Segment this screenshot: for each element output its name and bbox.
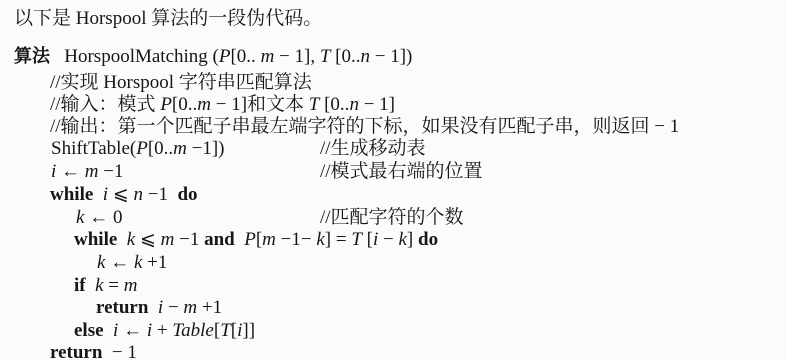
code-segment-italic: m (124, 275, 138, 296)
code-segment-plain: [0.. (148, 138, 173, 159)
code-segment-italic: k (398, 229, 406, 250)
code-segment-plain: − 1]) (370, 46, 412, 67)
code-segment-plain: [0.. (319, 94, 349, 115)
code-segment-plain: ]] (242, 320, 255, 341)
textbook-page: 以下是 Horspool 算法的一段伪代码。 算法 HorspoolMatchi… (0, 0, 786, 360)
code-segment-plain: ⩽ (135, 229, 160, 250)
code-segment-plain: [0.. (172, 94, 197, 115)
code-line: k ← k +1 (97, 252, 167, 274)
code-segment-plain: −1 (143, 184, 177, 205)
code-segment-italic: m (161, 229, 175, 250)
code-segment-italic: m (173, 138, 187, 159)
code-segment-plain: = (104, 275, 124, 296)
code-segment-italic: n (349, 94, 359, 115)
code-segment-plain: ⩽ (108, 184, 133, 205)
code-segment-bold: do (418, 229, 438, 250)
code-segment-italic: T (309, 94, 320, 115)
code-line: return i − m +1 (96, 297, 222, 319)
code-segment-plain: −1 (99, 161, 124, 182)
code-segment-italic: k (95, 275, 103, 296)
code-segment-plain: − 1 (102, 342, 136, 360)
code-segment-plain: [0.. (330, 46, 360, 67)
code-segment-italic: P (244, 229, 256, 250)
code-segment-plain (235, 229, 245, 250)
code-segment-bold: while (74, 229, 117, 250)
code-segment-plain: − (378, 229, 398, 250)
code-segment-plain: ShiftTable( (51, 138, 136, 159)
code-line: if k = m (74, 275, 138, 297)
code-line: //输入：模式 P[0..m − 1]和文本 T [0..n − 1] (50, 94, 395, 116)
code-segment-bold: do (177, 184, 197, 205)
code-segment-italic: m (183, 297, 197, 318)
code-segment-italic: T (320, 46, 331, 67)
code-segment-italic: n (361, 46, 371, 67)
code-segment-plain: //输入：模式 (50, 94, 160, 115)
code-line: while k ⩽ m −1 and P[m −1− k] = T [i − k… (74, 229, 438, 251)
code-segment-bold: while (50, 184, 93, 205)
code-segment-plain: + (152, 320, 172, 341)
code-segment-italic: P (136, 138, 148, 159)
code-segment-plain (86, 275, 96, 296)
code-line: return − 1 (50, 342, 137, 360)
code-segment-italic: P (219, 46, 231, 67)
code-line: k ← 0 (76, 207, 122, 229)
code-segment-plain (104, 320, 114, 341)
code-segment-plain: //输出：第一个匹配子串最左端字符的下标，如果没有匹配子串，则返回 − 1 (50, 116, 679, 137)
code-segment-plain: ← (118, 320, 147, 341)
code-segment-plain: ← 0 (84, 207, 122, 228)
code-segment-plain: //实现 Horspool 字符串匹配算法 (50, 72, 312, 93)
code-segment-plain (117, 229, 127, 250)
code-segment-plain: ] = (325, 229, 352, 250)
code-segment-italic: n (133, 184, 143, 205)
code-segment-plain: − 1]和文本 (211, 94, 309, 115)
code-line: //输出：第一个匹配子串最左端字符的下标，如果没有匹配子串，则返回 − 1 (50, 116, 679, 138)
code-segment-bold: if (74, 275, 86, 296)
code-segment-plain: HorspoolMatching ( (64, 46, 219, 67)
code-segment-plain (50, 46, 64, 67)
code-line: while i ⩽ n −1 do (50, 184, 198, 206)
code-line: ShiftTable(P[0..m −1]) (51, 138, 225, 160)
code-segment-bold: return (96, 297, 148, 318)
code-segment-italic: P (160, 94, 172, 115)
inline-comment: //生成移动表 (320, 138, 426, 160)
code-segment-bold: return (50, 342, 102, 360)
code-segment-plain: ← (56, 161, 85, 182)
code-segment-plain: ] (407, 229, 418, 250)
code-segment-plain: −1 (174, 229, 204, 250)
code-segment-italic: k (316, 229, 324, 250)
code-segment-italic: m (261, 46, 275, 67)
code-line: i ← m −1 (51, 161, 123, 183)
code-segment-plain: −1]) (187, 138, 225, 159)
code-line: 算法 HorspoolMatching (P[0.. m − 1], T [0.… (14, 46, 412, 68)
code-segment-italic: T (351, 229, 362, 250)
code-segment-italic: T (220, 320, 231, 341)
inline-comment: //匹配字符的个数 (320, 207, 464, 229)
code-segment-italic: k (127, 229, 135, 250)
code-segment-plain: [ (362, 229, 373, 250)
code-segment-italic: m (85, 161, 99, 182)
code-segment-plain: − 1] (359, 94, 395, 115)
code-segment-plain: −1− (276, 229, 316, 250)
code-segment-italic: Table (172, 320, 214, 341)
code-segment-bold: and (204, 229, 235, 250)
code-segment-bold: else (74, 320, 104, 341)
inline-comment: //模式最右端的位置 (320, 161, 483, 183)
code-segment-plain: +1 (197, 297, 222, 318)
code-segment-plain: +1 (142, 252, 167, 273)
code-segment-plain: ← (105, 252, 134, 273)
code-line: //实现 Horspool 字符串匹配算法 (50, 72, 312, 94)
intro-text: 以下是 Horspool 算法的一段伪代码。 (14, 8, 322, 30)
code-segment-italic: m (262, 229, 276, 250)
code-segment-italic: m (197, 94, 211, 115)
code-segment-plain (148, 297, 158, 318)
code-segment-plain: [0.. (230, 46, 260, 67)
code-segment-plain (93, 184, 103, 205)
code-line: else i ← i + Table[T[i]] (74, 320, 255, 342)
code-segment-plain: − (163, 297, 183, 318)
code-segment-heiti: 算法 (14, 46, 50, 66)
code-segment-plain: − 1], (274, 46, 320, 67)
